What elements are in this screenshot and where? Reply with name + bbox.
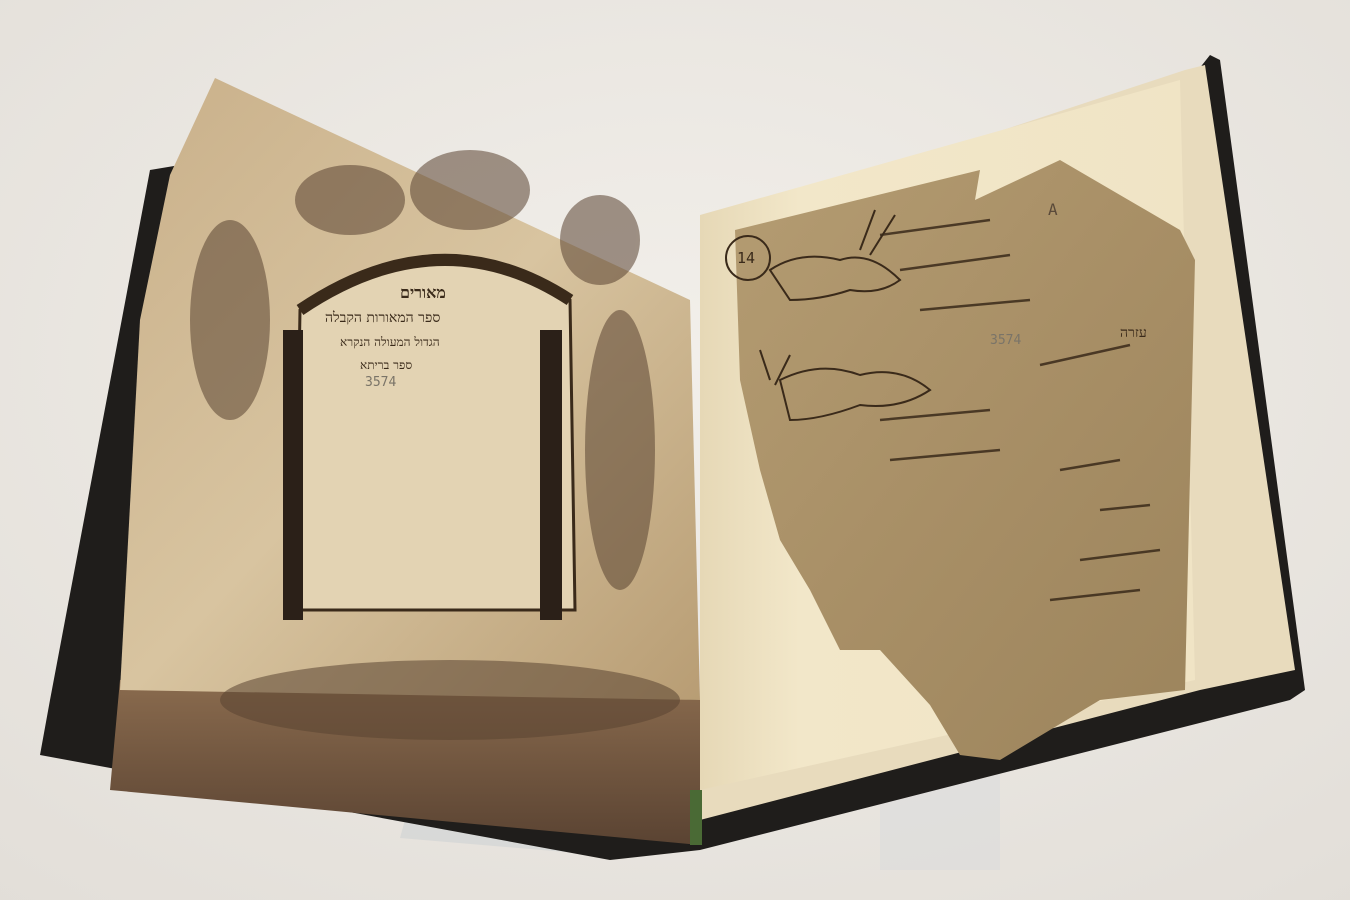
left-page-text-line-1: ספר המאורות הקבלה	[325, 310, 440, 327]
book-illustration	[0, 0, 1350, 900]
circled-number: 14	[737, 249, 755, 267]
left-page-text-line-3: ספר בריתא	[360, 358, 412, 373]
manuscript-photo: מאורים ספר המאורות הקבלה הגדול המעולה הנ…	[0, 0, 1350, 900]
left-shelf-mark: 3574	[365, 375, 396, 390]
left-page-text-line-2: הגדול המעולה הנקרא	[340, 335, 440, 350]
right-shelf-mark: 3574	[990, 333, 1021, 348]
margin-word: עזרה	[1120, 325, 1147, 342]
left-page-title: מאורים	[400, 283, 446, 303]
letter-mark: A	[1048, 200, 1058, 219]
